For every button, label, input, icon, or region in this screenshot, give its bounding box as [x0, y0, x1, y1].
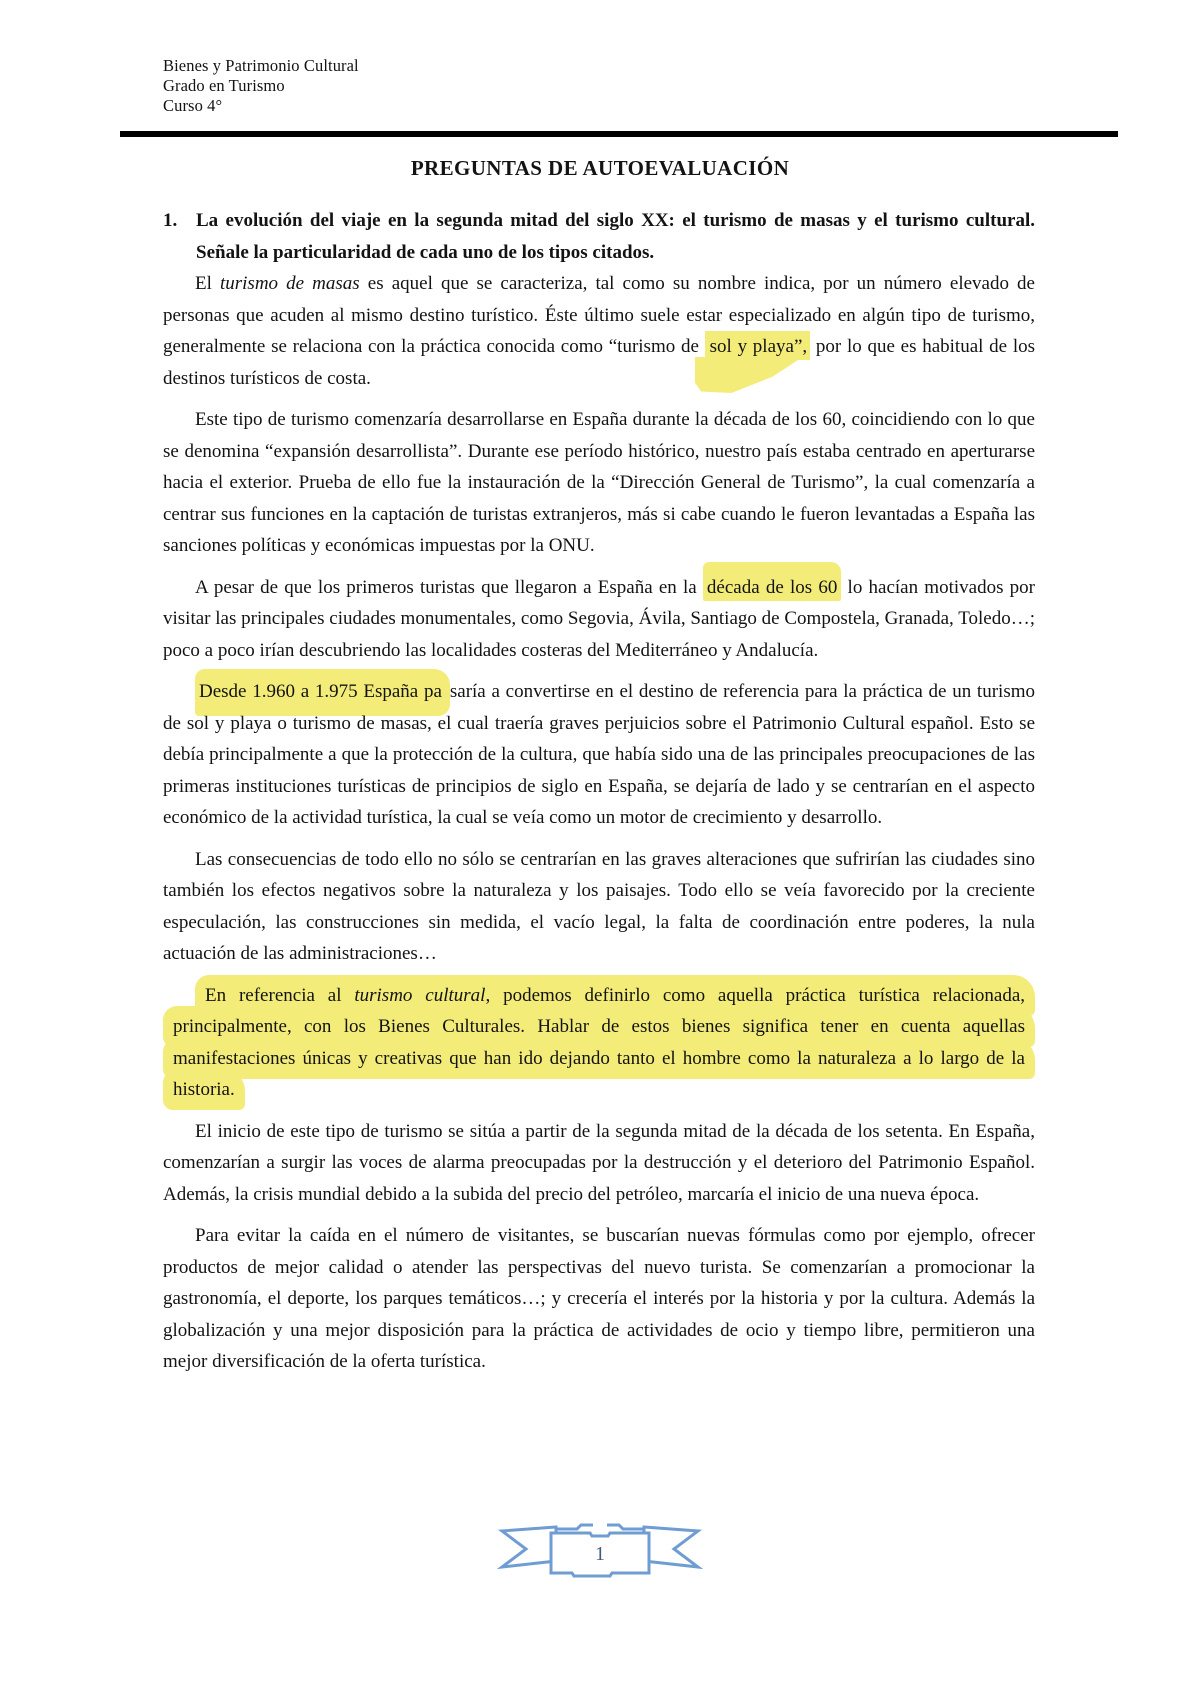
page-footer: 1	[494, 1516, 706, 1582]
text-segment: Para evitar la caída en el número de vis…	[163, 1225, 1035, 1372]
page-title: PREGUNTAS DE AUTOEVALUACIÓN	[0, 156, 1200, 181]
highlighted-text: sol y playa”,	[705, 331, 810, 360]
highlighted-text: Desde 1.960 a 1.975 España pa	[195, 669, 450, 716]
paragraph: En referencia al turismo cultural, podem…	[163, 980, 1035, 1106]
document-page: Bienes y Patrimonio Cultural Grado en Tu…	[0, 0, 1200, 1698]
question-number: 1.	[163, 205, 196, 268]
text-segment: turismo de masas	[220, 273, 360, 294]
body-paragraphs: El turismo de masas es aquel que se cara…	[163, 268, 1035, 1378]
header-course-title: Bienes y Patrimonio Cultural	[163, 56, 1200, 76]
text-segment: Las consecuencias de todo ello no sólo s…	[163, 849, 1035, 965]
text-segment: turismo cultural	[354, 985, 485, 1006]
highlighted-text: década de los 60	[703, 562, 841, 601]
question-item: 1. La evolución del viaje en la segunda …	[163, 205, 1035, 268]
paragraph: Este tipo de turismo comenzaría desarrol…	[163, 404, 1035, 562]
document-header: Bienes y Patrimonio Cultural Grado en Tu…	[163, 56, 1200, 116]
page-number-ribbon-icon: 1	[494, 1516, 706, 1582]
text-segment: En referencia al	[205, 985, 354, 1006]
paragraph: Desde 1.960 a 1.975 España pasaría a con…	[163, 676, 1035, 834]
header-year: Curso 4°	[163, 96, 1200, 116]
text-segment: El inicio de este tipo de turismo se sit…	[163, 1121, 1035, 1205]
page-number: 1	[595, 1543, 605, 1565]
paragraph: El inicio de este tipo de turismo se sit…	[163, 1116, 1035, 1211]
paragraph: A pesar de que los primeros turistas que…	[163, 572, 1035, 667]
header-divider-rule	[120, 131, 1118, 137]
text-segment: A pesar de que los primeros turistas que…	[195, 577, 703, 598]
highlighted-paragraph-marker: En referencia al turismo cultural, podem…	[163, 975, 1035, 1111]
paragraph: Las consecuencias de todo ello no sólo s…	[163, 844, 1035, 970]
text-segment: Este tipo de turismo comenzaría desarrol…	[163, 409, 1035, 556]
paragraph: El turismo de masas es aquel que se cara…	[163, 268, 1035, 394]
paragraph: Para evitar la caída en el número de vis…	[163, 1220, 1035, 1378]
question-text: La evolución del viaje en la segunda mit…	[196, 205, 1035, 268]
text-segment: El	[195, 273, 220, 294]
header-degree: Grado en Turismo	[163, 76, 1200, 96]
